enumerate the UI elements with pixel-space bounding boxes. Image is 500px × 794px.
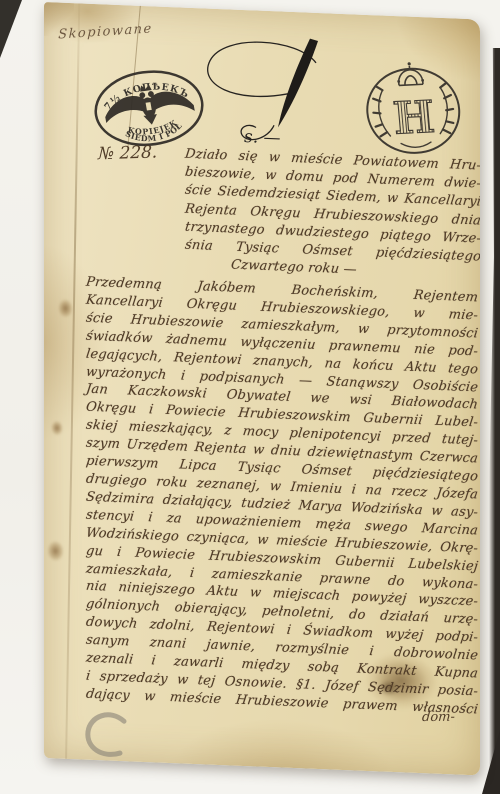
pencil-flourish	[80, 709, 134, 759]
ink-stain	[58, 299, 73, 319]
photo-backdrop-corner	[0, 0, 22, 58]
photo-backdrop-edge	[489, 48, 500, 794]
ink-stain	[47, 540, 64, 562]
flourish-stroke	[278, 37, 318, 129]
flourish-suffix: s. —	[244, 127, 281, 148]
double-headed-eagle-icon	[101, 79, 196, 131]
ink-stain	[51, 420, 63, 435]
opening-paragraph: Działo się w mieście Powiatowem Hru- bie…	[185, 146, 480, 285]
document-number: № 228.	[98, 142, 158, 164]
paper-crease	[65, 2, 80, 763]
manuscript-page: Skopiowane 7½ КОПѢЕКЪ KOPIEJEK SIEDM I P…	[44, 2, 480, 776]
catchword: dom-	[421, 710, 455, 725]
body-paragraph: Przedemną Jakóbem Bocheńskim, Rejentem K…	[86, 274, 478, 719]
calligraphic-initial: s. —	[190, 30, 354, 159]
crown-icon	[396, 62, 425, 86]
embossed-stamp: H	[358, 56, 468, 159]
stamp-monogram: H	[391, 92, 437, 145]
